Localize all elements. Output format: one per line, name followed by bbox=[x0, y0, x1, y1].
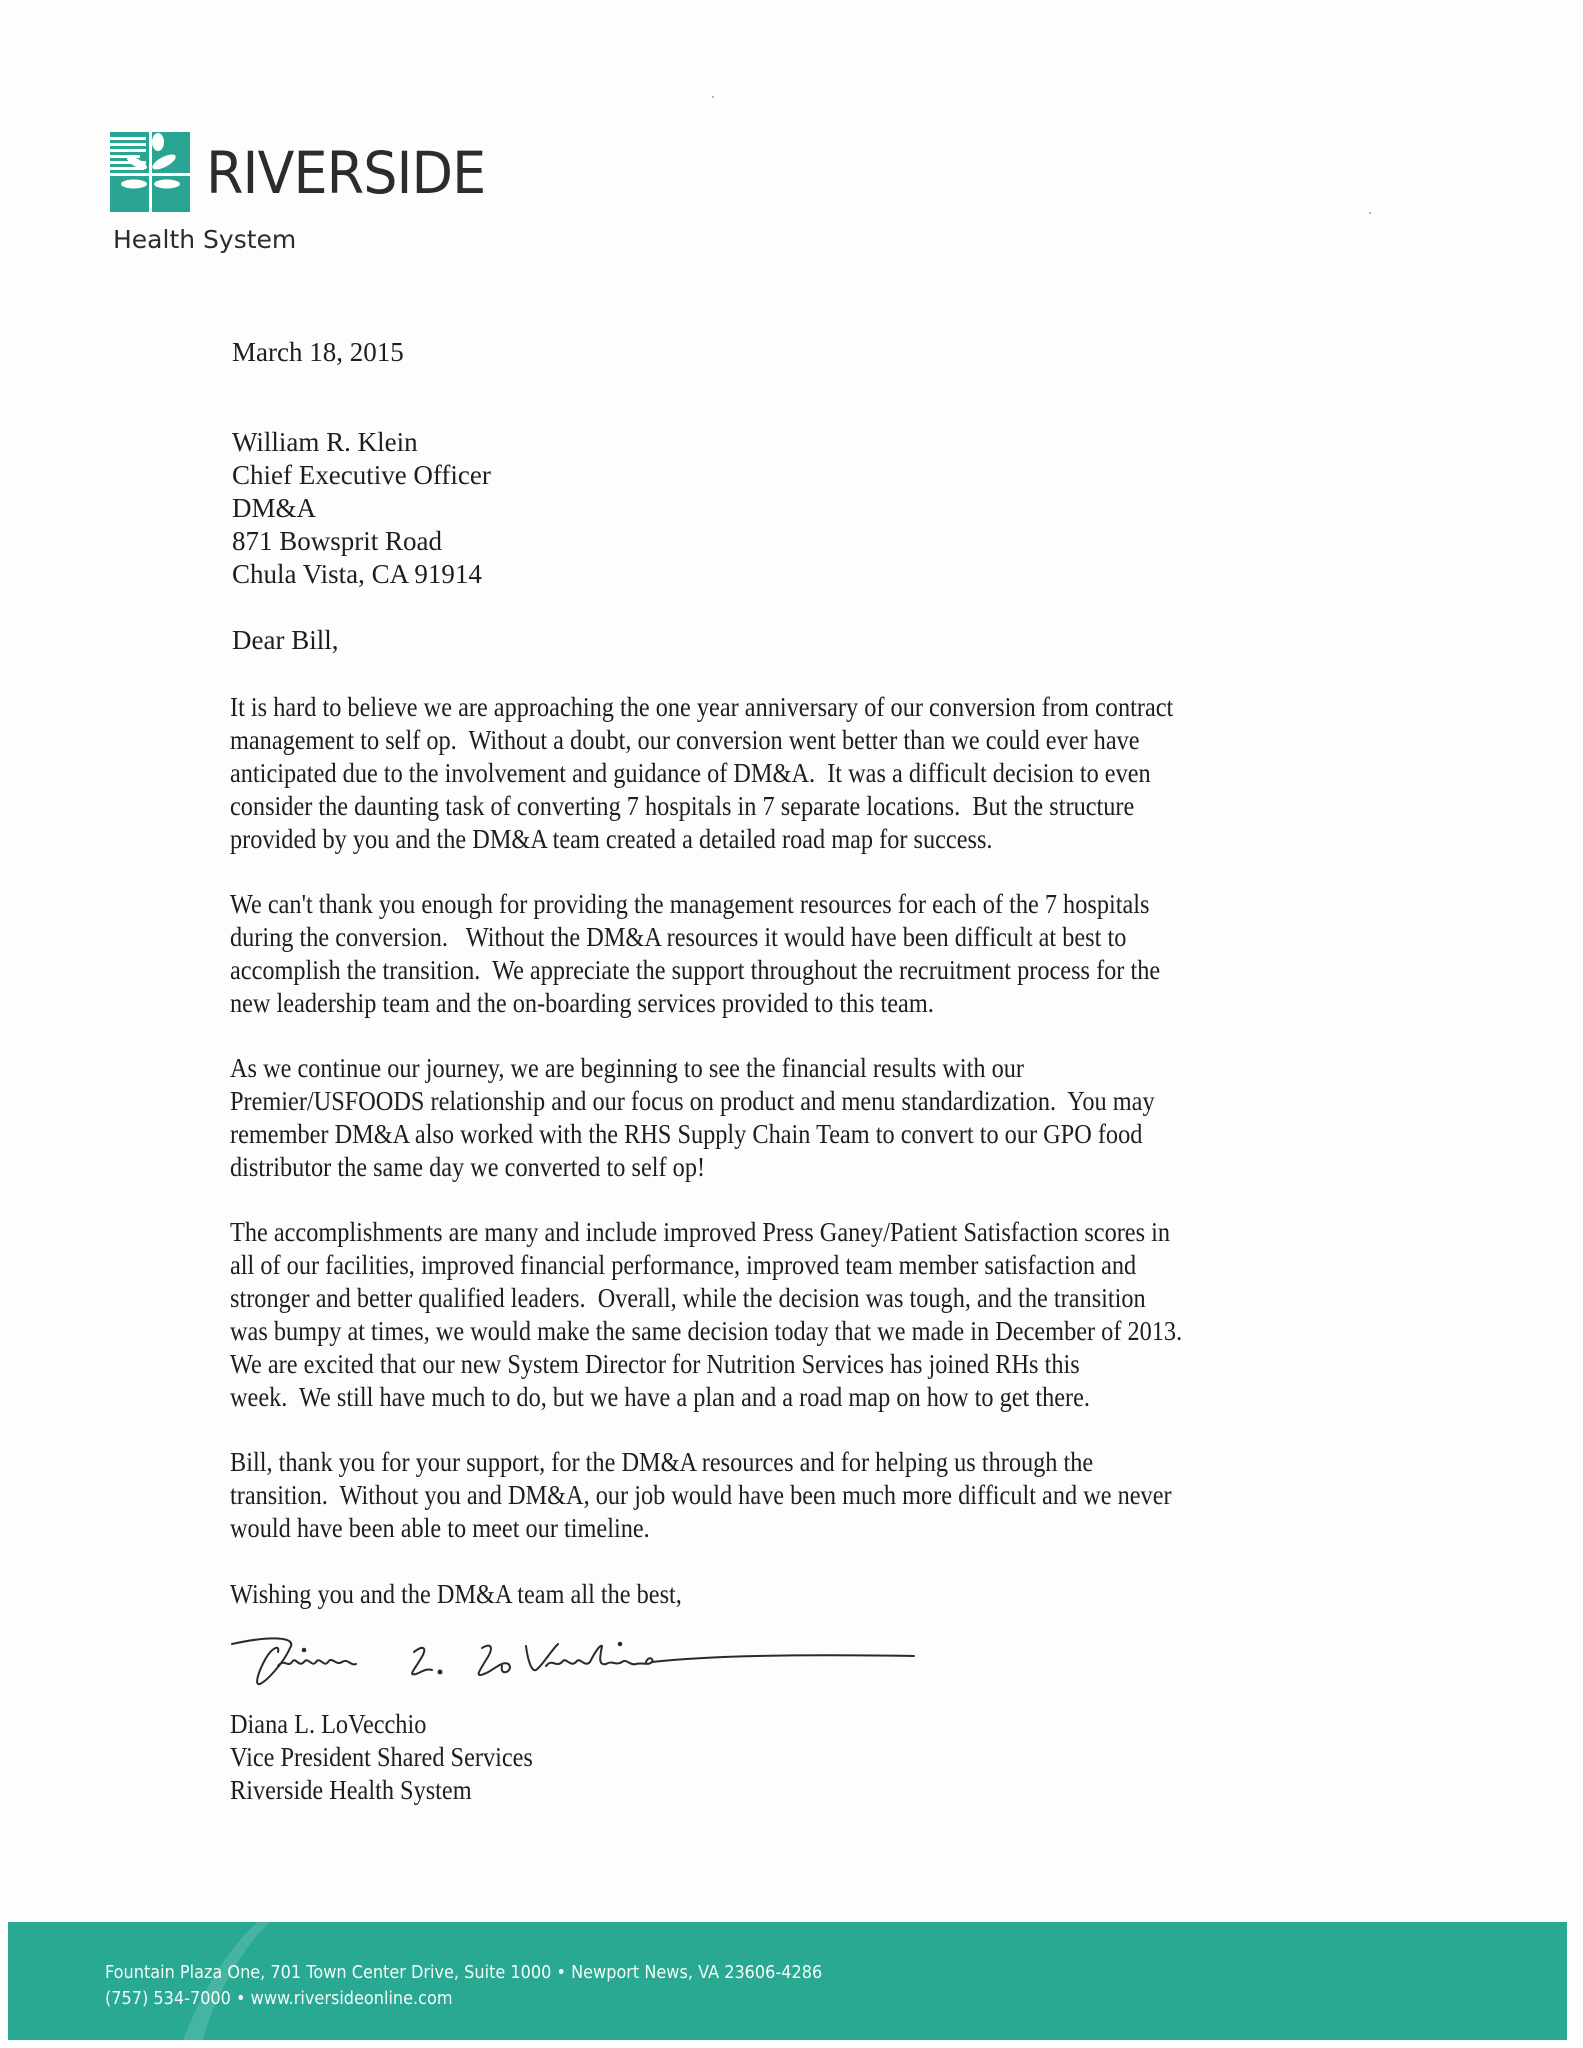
recipient-name: William R. Klein bbox=[232, 426, 491, 459]
paragraph-line: week. We still have much to do, but we h… bbox=[230, 1381, 1182, 1414]
brand-name: RIVERSIDE bbox=[206, 142, 485, 204]
signer-block: Diana L. LoVecchio Vice President Shared… bbox=[230, 1708, 567, 1807]
signer-title: Vice President Shared Services bbox=[230, 1741, 533, 1774]
paragraph-line: distributor the same day we converted to… bbox=[230, 1151, 1155, 1184]
paragraph-line: As we continue our journey, we are begin… bbox=[230, 1052, 1155, 1085]
paragraph-line: during the conversion. Without the DM&A … bbox=[230, 921, 1160, 954]
paragraph-line: stronger and better qualified leaders. O… bbox=[230, 1282, 1182, 1315]
paragraph-line: Premier/USFOODS relationship and our foc… bbox=[230, 1085, 1155, 1118]
paragraph-line: consider the daunting task of converting… bbox=[230, 790, 1173, 823]
paragraph-line: would have been able to meet our timelin… bbox=[230, 1512, 1172, 1545]
riverside-logo-icon bbox=[110, 132, 190, 212]
scan-speck bbox=[712, 96, 714, 98]
closing-line: Wishing you and the DM&A team all the be… bbox=[230, 1578, 682, 1611]
recipient-street: 871 Bowsprit Road bbox=[232, 525, 491, 558]
footer-address: Fountain Plaza One, 701 Town Center Driv… bbox=[105, 1962, 822, 1984]
paragraph-line: We are excited that our new System Direc… bbox=[230, 1348, 1182, 1381]
paragraph-line: accomplish the transition. We appreciate… bbox=[230, 954, 1160, 987]
paragraph-line: anticipated due to the involvement and g… bbox=[230, 757, 1173, 790]
closing: Wishing you and the DM&A team all the be… bbox=[230, 1578, 732, 1611]
paragraph-line: provided by you and the DM&A team create… bbox=[230, 823, 1173, 856]
paragraph-line: transition. Without you and DM&A, our jo… bbox=[230, 1479, 1172, 1512]
signer-organization: Riverside Health System bbox=[230, 1774, 533, 1807]
paragraph-line: management to self op. Without a doubt, … bbox=[230, 724, 1173, 757]
letter-page: RIVERSIDE Health System March 18, 2015 W… bbox=[0, 0, 1583, 2048]
paragraph-line: The accomplishments are many and include… bbox=[230, 1216, 1182, 1249]
recipient-city: Chula Vista, CA 91914 bbox=[232, 558, 491, 591]
body-paragraph-1: It is hard to believe we are approaching… bbox=[230, 691, 1278, 856]
salutation: Dear Bill, bbox=[232, 624, 338, 657]
recipient-address: William R. Klein Chief Executive Officer… bbox=[232, 426, 491, 591]
paragraph-line: It is hard to believe we are approaching… bbox=[230, 691, 1173, 724]
body-paragraph-2: We can't thank you enough for providing … bbox=[230, 888, 1264, 1020]
body-paragraph-5: Bill, thank you for your support, for th… bbox=[230, 1446, 1276, 1545]
paragraph-line: new leadership team and the on-boarding … bbox=[230, 987, 1160, 1020]
body-paragraph-3: As we continue our journey, we are begin… bbox=[230, 1052, 1257, 1184]
recipient-title: Chief Executive Officer bbox=[232, 459, 491, 492]
recipient-company: DM&A bbox=[232, 492, 491, 525]
footer-contact: (757) 534-7000 • www.riversideonline.com bbox=[105, 1988, 453, 2010]
scan-speck bbox=[1369, 212, 1371, 214]
paragraph-line: was bumpy at times, we would make the sa… bbox=[230, 1315, 1182, 1348]
paragraph-line: We can't thank you enough for providing … bbox=[230, 888, 1160, 921]
paragraph-line: Bill, thank you for your support, for th… bbox=[230, 1446, 1172, 1479]
body-paragraph-4: The accomplishments are many and include… bbox=[230, 1216, 1288, 1414]
paragraph-line: all of our facilities, improved financia… bbox=[230, 1249, 1182, 1282]
letter-date: March 18, 2015 bbox=[232, 336, 404, 369]
paragraph-line: remember DM&A also worked with the RHS S… bbox=[230, 1118, 1155, 1151]
signature-icon bbox=[228, 1622, 928, 1702]
signer-name: Diana L. LoVecchio bbox=[230, 1708, 533, 1741]
brand-subtitle: Health System bbox=[113, 226, 296, 254]
letterhead-footer: Fountain Plaza One, 701 Town Center Driv… bbox=[8, 1922, 1567, 2040]
